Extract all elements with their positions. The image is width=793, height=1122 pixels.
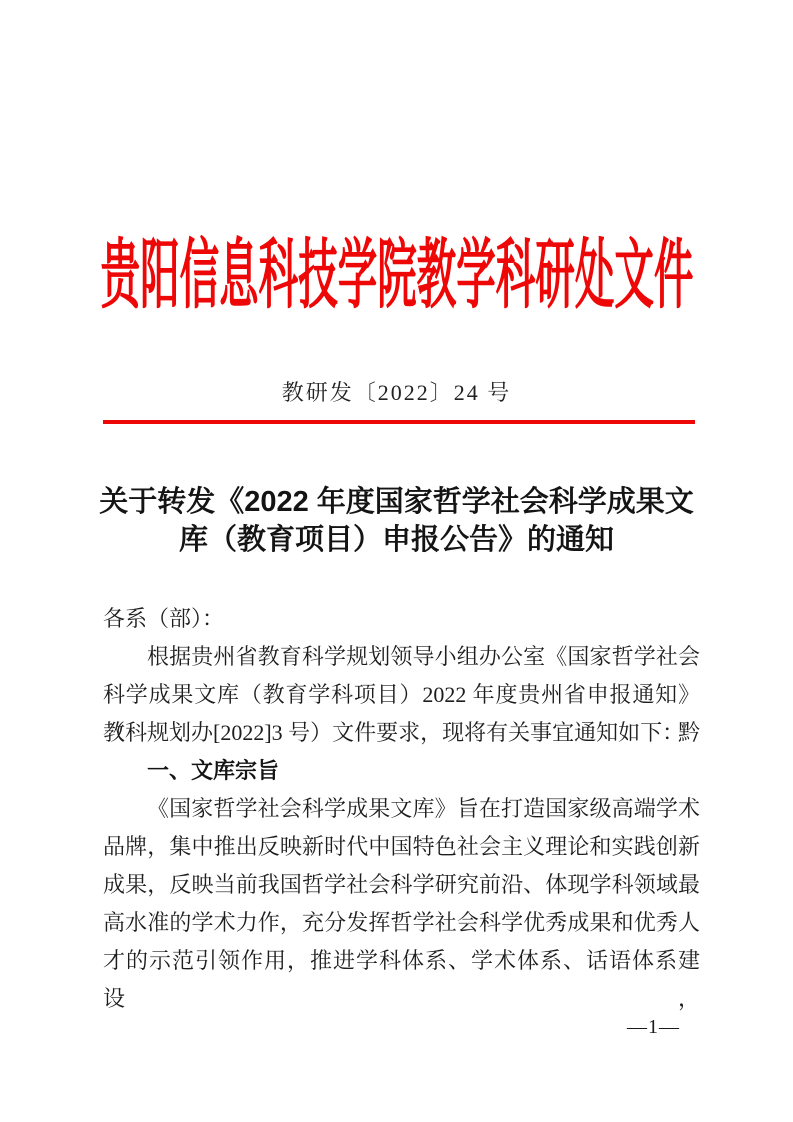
- body-section-heading: 一、文库宗旨: [103, 752, 700, 790]
- document-body: 各系（部）： 根据贵州省教育科学规划领导小组办公室《国家哲学社会 科学成果文库（…: [103, 600, 700, 980]
- body-line: 才的示范引领作用，推进学科体系、学术体系、话语体系建设，: [103, 942, 700, 980]
- body-line: 《国家哲学社会科学成果文库》旨在打造国家级高端学术: [103, 790, 700, 828]
- red-separator-rule: [103, 420, 695, 424]
- body-line: 高水准的学术力作，充分发挥哲学社会科学优秀成果和优秀人: [103, 904, 700, 942]
- body-line-salutation: 各系（部）：: [103, 600, 700, 638]
- page-number: —1—: [627, 1016, 680, 1039]
- letterhead-banner: 贵阳信息科技学院教学科研处文件: [100, 232, 693, 320]
- document-title-line2: 库（教育项目）申报公告》的通知: [40, 521, 753, 559]
- document-page: 贵阳信息科技学院教学科研处文件 教研发〔2022〕24 号 关于转发《2022 …: [0, 0, 793, 1122]
- body-line: 根据贵州省教育科学规划领导小组办公室《国家哲学社会: [103, 638, 700, 676]
- document-title: 关于转发《2022 年度国家哲学社会科学成果文 库（教育项目）申报公告》的通知: [40, 483, 753, 559]
- document-reference-number: 教研发〔2022〕24 号: [0, 376, 793, 407]
- body-line: 成果，反映当前我国哲学社会科学研究前沿、体现学科领域最: [103, 866, 700, 904]
- body-line: 品牌，集中推出反映新时代中国特色社会主义理论和实践创新: [103, 828, 700, 866]
- body-line: 科学成果文库（教育学科项目）2022 年度贵州省申报通知》（黔: [103, 676, 700, 714]
- letterhead-banner-wrap: 贵阳信息科技学院教学科研处文件: [0, 232, 793, 320]
- document-title-line1: 关于转发《2022 年度国家哲学社会科学成果文: [40, 483, 753, 521]
- body-line: 教科规划办[2022]3 号）文件要求，现将有关事宜通知如下：: [103, 714, 700, 752]
